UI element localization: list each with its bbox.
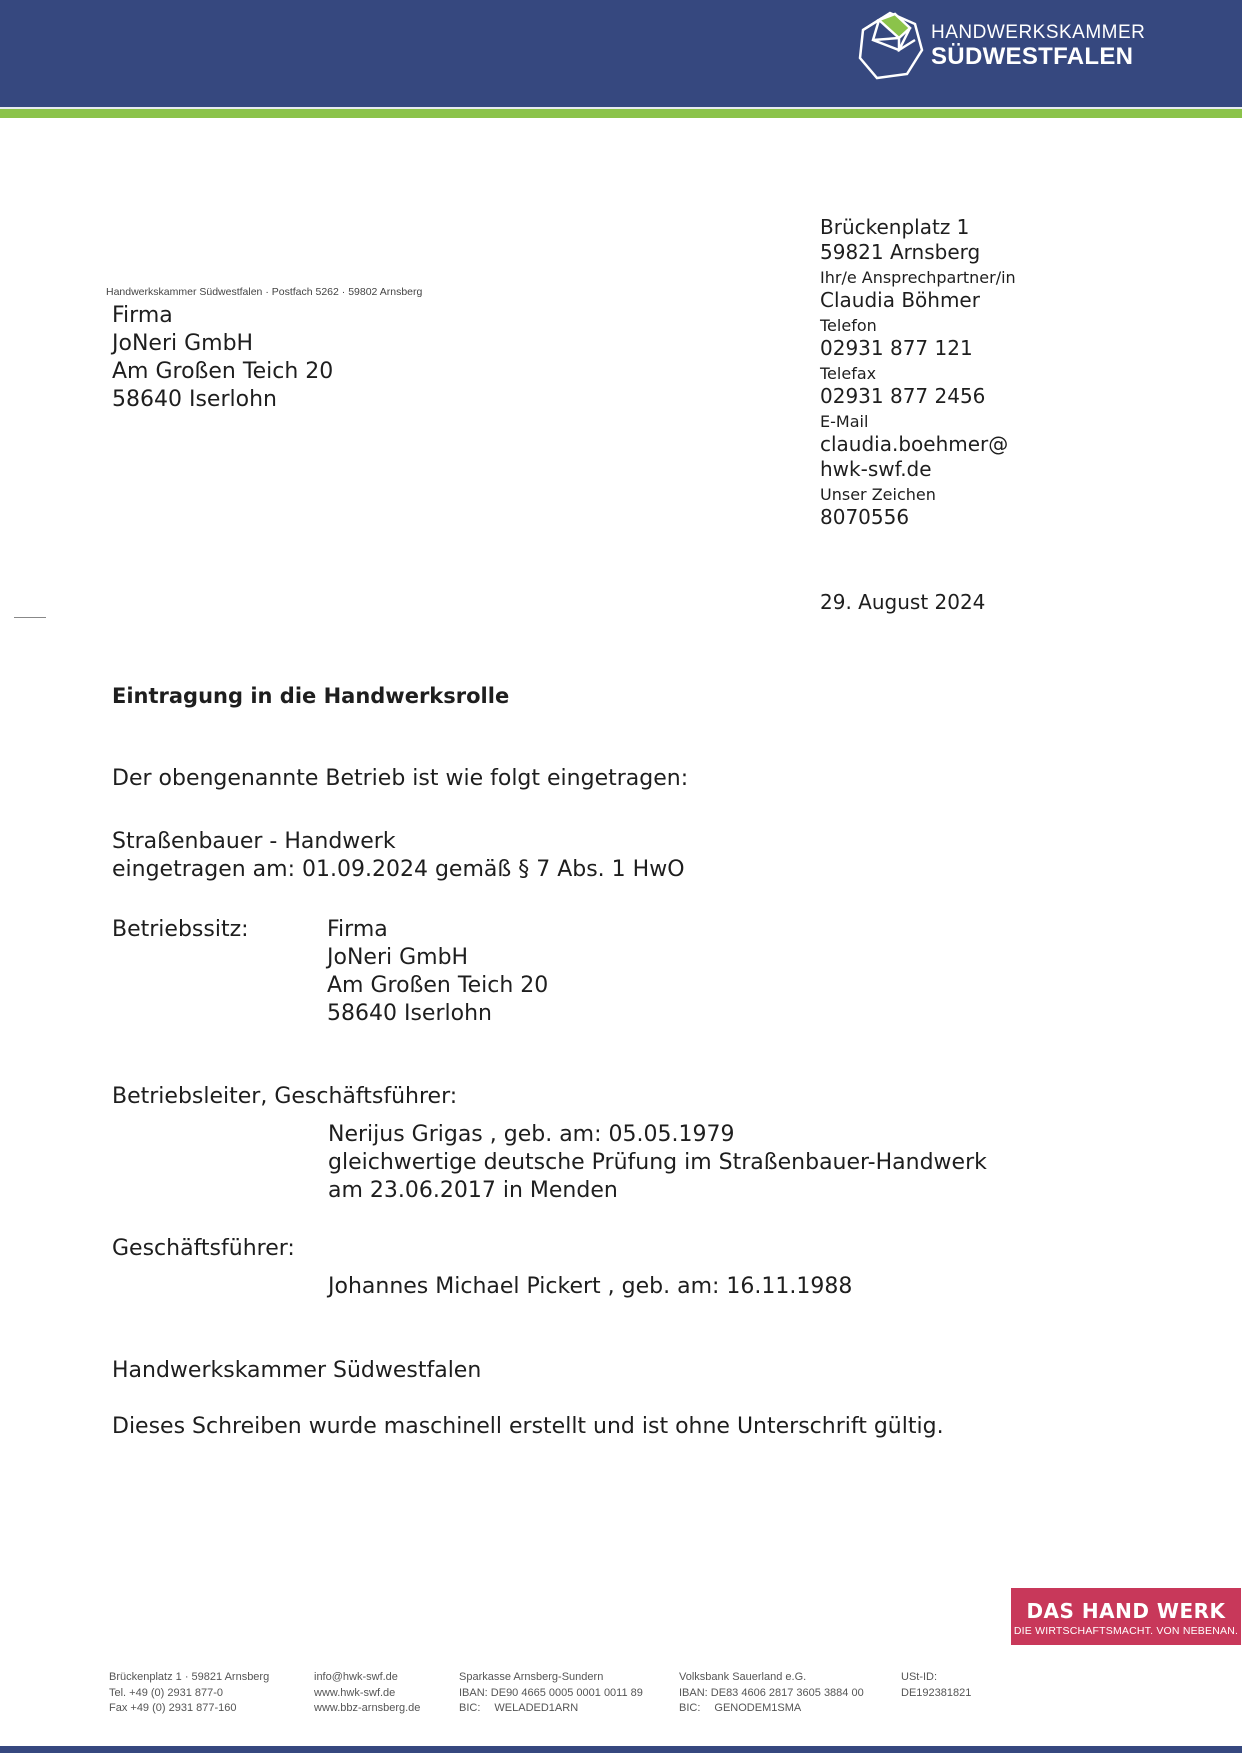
registration-date: eingetragen am: 01.09.2024 gemäß § 7 Abs…: [112, 856, 685, 884]
phone-label: Telefon: [820, 316, 1016, 336]
recipient-line: JoNeri GmbH: [112, 330, 333, 358]
contact-info-block: Brückenplatz 1 59821 Arnsberg Ihr/e Ansp…: [820, 215, 1016, 530]
manager-label: Betriebsleiter, Geschäftsführer:: [112, 1083, 457, 1111]
reference-label: Unser Zeichen: [820, 485, 1016, 505]
recipient-line: Firma: [112, 302, 333, 330]
manager-line: am 23.06.2017 in Menden: [328, 1177, 987, 1205]
office-city: 59821 Arnsberg: [820, 240, 1016, 265]
bic-label: BIC:: [459, 1702, 480, 1714]
footer-web: info@hwk-swf.de www.hwk-swf.de www.bbz-a…: [314, 1670, 420, 1717]
seat-line: JoNeri GmbH: [327, 944, 548, 972]
manager-line: Nerijus Grigas , geb. am: 05.05.1979: [328, 1121, 987, 1149]
recipient-address: Firma JoNeri GmbH Am Großen Teich 20 586…: [112, 302, 333, 414]
email-address-line-1: claudia.boehmer@: [820, 432, 1016, 457]
director-details: Johannes Michael Pickert , geb. am: 16.1…: [328, 1273, 852, 1301]
footer-line: Brückenplatz 1 · 59821 Arnsberg: [109, 1670, 269, 1686]
bic-label: BIC:: [679, 1702, 700, 1714]
footer-email-link[interactable]: info@hwk-swf.de: [314, 1670, 420, 1686]
seat-label: Betriebssitz:: [112, 916, 249, 944]
phone-number: 02931 877 121: [820, 336, 1016, 361]
fax-number: 02931 877 2456: [820, 384, 1016, 409]
bank-bic: WELADED1ARN: [494, 1702, 578, 1714]
bank-iban: IBAN: DE90 4665 0005 0001 0011 89: [459, 1686, 643, 1702]
fax-label: Telefax: [820, 364, 1016, 384]
logo-line-1: HANDWERKSKAMMER: [931, 23, 1145, 42]
email-address-line-2: hwk-swf.de: [820, 457, 1016, 482]
letter-date: 29. August 2024: [820, 590, 985, 614]
sender-return-address: Handwerkskammer Südwestfalen · Postfach …: [106, 286, 422, 298]
intro-text: Der obengenannte Betrieb ist wie folgt e…: [112, 765, 688, 793]
footer-website-link[interactable]: www.bbz-arnsberg.de: [314, 1701, 420, 1717]
bank-name: Sparkasse Arnsberg-Sundern: [459, 1670, 643, 1686]
fold-mark: [14, 617, 46, 618]
machine-generated-note: Dieses Schreiben wurde maschinell erstel…: [112, 1413, 944, 1441]
bank-bic: GENODEM1SMA: [714, 1702, 801, 1714]
seat-line: 58640 Iserlohn: [327, 1000, 548, 1028]
letterhead-green-stripe: [0, 109, 1242, 118]
das-handwerk-badge: DAS HAND WERK DIE WIRTSCHAFTSMACHT. VON …: [1011, 1588, 1241, 1645]
footer-band: [0, 1746, 1242, 1753]
reference-number: 8070556: [820, 505, 1016, 530]
logo-line-2: SÜDWESTFALEN: [931, 45, 1145, 69]
contact-label: Ihr/e Ansprechpartner/in: [820, 268, 1016, 288]
recipient-line: 58640 Iserlohn: [112, 386, 333, 414]
footer-line: Fax +49 (0) 2931 877-160: [109, 1701, 269, 1717]
manager-line: gleichwertige deutsche Prüfung im Straße…: [328, 1149, 987, 1177]
recipient-line: Am Großen Teich 20: [112, 358, 333, 386]
manager-details: Nerijus Grigas , geb. am: 05.05.1979 gle…: [328, 1121, 987, 1205]
vat-label: USt-ID:: [901, 1670, 971, 1686]
email-label: E-Mail: [820, 412, 1016, 432]
seat-line: Am Großen Teich 20: [327, 972, 548, 1000]
hexagon-cube-logo-icon: [855, 10, 925, 82]
footer-website-link[interactable]: www.hwk-swf.de: [314, 1686, 420, 1702]
footer-bank-2: Volksbank Sauerland e.G. IBAN: DE83 4606…: [679, 1670, 864, 1717]
bank-iban: IBAN: DE83 4606 2817 3605 3884 00: [679, 1686, 864, 1702]
contact-name: Claudia Böhmer: [820, 288, 1016, 313]
closing-org: Handwerkskammer Südwestfalen: [112, 1357, 481, 1385]
trade-block: Straßenbauer - Handwerk eingetragen am: …: [112, 828, 685, 884]
badge-subtitle: DIE WIRTSCHAFTSMACHT. VON NEBENAN.: [1011, 1625, 1241, 1637]
trade-name: Straßenbauer - Handwerk: [112, 828, 685, 856]
bank-name: Volksbank Sauerland e.G.: [679, 1670, 864, 1686]
badge-title: DAS HAND WERK: [1011, 1599, 1241, 1623]
hwk-logo: HANDWERKSKAMMER SÜDWESTFALEN: [855, 10, 1145, 82]
footer-address: Brückenplatz 1 · 59821 Arnsberg Tel. +49…: [109, 1670, 269, 1717]
vat-id: DE192381821: [901, 1686, 971, 1702]
letter-subject: Eintragung in die Handwerksrolle: [112, 684, 509, 708]
footer-vat: USt-ID: DE192381821: [901, 1670, 971, 1701]
office-street: Brückenplatz 1: [820, 215, 1016, 240]
director-label: Geschäftsführer:: [112, 1235, 295, 1263]
seat-line: Firma: [327, 916, 548, 944]
seat-address: Firma JoNeri GmbH Am Großen Teich 20 586…: [327, 916, 548, 1028]
footer-bank-1: Sparkasse Arnsberg-Sundern IBAN: DE90 46…: [459, 1670, 643, 1717]
footer-line: Tel. +49 (0) 2931 877-0: [109, 1686, 269, 1702]
